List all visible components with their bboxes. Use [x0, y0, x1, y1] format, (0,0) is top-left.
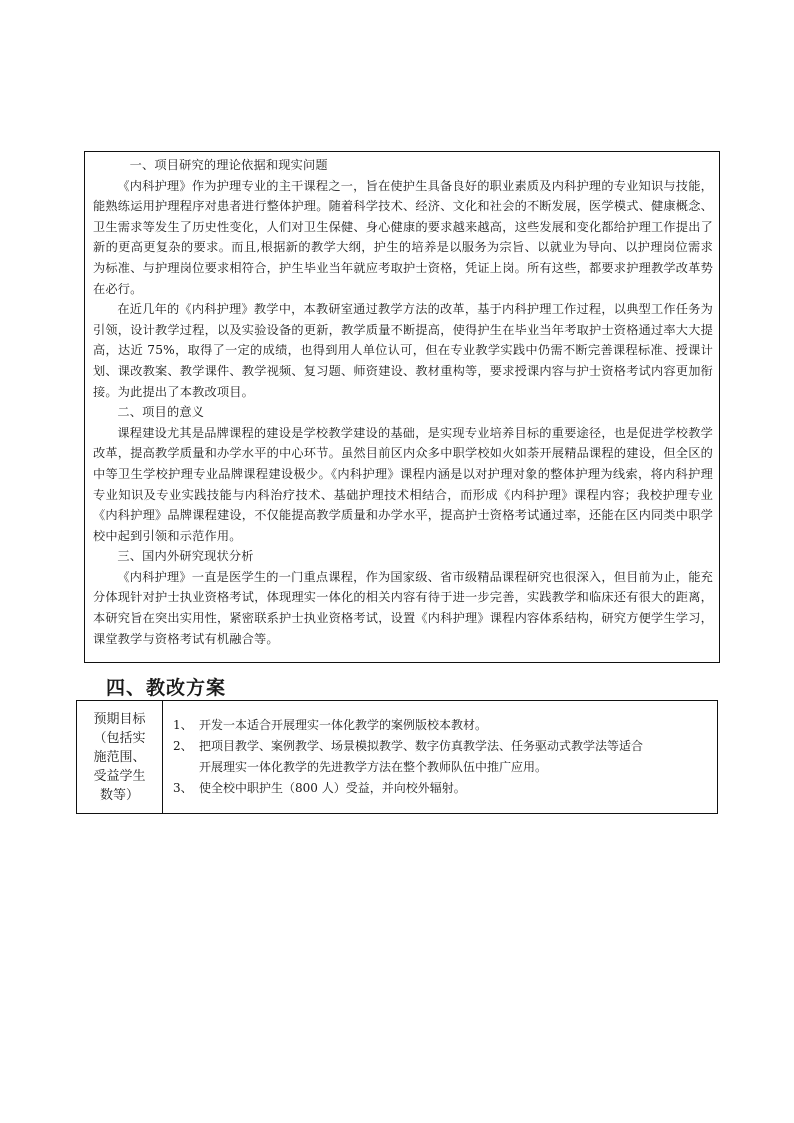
paragraph-research-status: 《内科护理》一直是医学生的一门重点课程，作为国家级、省市级精品课程研究也很深入，… [93, 567, 713, 649]
goal-number: 3、 [173, 778, 199, 799]
goal-item: 3、使全校中职护生（800 人）受益，并向校外辐射。 [173, 778, 709, 799]
paragraph-significance: 课程建设尤其是品牌课程的建设是学校教学建设的基础，是实现专业培养目标的重要途径，… [93, 423, 713, 547]
goal-text: 使全校中职护生（800 人）受益，并向校外辐射。 [199, 781, 466, 795]
label-line: 数等） [77, 786, 162, 805]
paragraph-background: 《内科护理》作为护理专业的主干课程之一，旨在使护生具备良好的职业素质及内科护理的… [93, 176, 713, 300]
label-line: 预期目标 [77, 710, 162, 729]
section-title-reform-plan: 四、教改方案 [106, 673, 226, 700]
heading-significance: 二、项目的意义 [93, 402, 713, 423]
expected-goals-label: 预期目标 （包括实 施范围、 受益学生 数等） [77, 701, 163, 814]
goal-item-continuation: 开展理实一体化教学的先进教学方法在整个教师队伍中推广应用。 [173, 757, 709, 778]
goal-item: 2、把项目教学、案例教学、场景模拟教学、数字仿真教学法、任务驱动式教学法等适合 [173, 736, 709, 757]
reform-plan-table: 预期目标 （包括实 施范围、 受益学生 数等） 1、开发一本适合开展理实一体化教… [76, 700, 718, 814]
goal-number: 2、 [173, 736, 199, 757]
goal-text: 把项目教学、案例教学、场景模拟教学、数字仿真教学法、任务驱动式教学法等适合 [199, 739, 643, 753]
expected-goals-content: 1、开发一本适合开展理实一体化教学的案例版校本教材。 2、把项目教学、案例教学、… [163, 701, 718, 814]
heading-theoretical-basis: 一、项目研究的理论依据和现实问题 [93, 155, 713, 176]
research-basis-box: 一、项目研究的理论依据和现实问题 《内科护理》作为护理专业的主干课程之一，旨在使… [84, 151, 720, 663]
goal-text: 开发一本适合开展理实一体化教学的案例版校本教材。 [199, 718, 487, 732]
label-line: （包括实 [77, 729, 162, 748]
label-line: 施范围、 [77, 748, 162, 767]
goal-number: 1、 [173, 715, 199, 736]
label-line: 受益学生 [77, 767, 162, 786]
paragraph-teaching-reform: 在近几年的《内科护理》教学中，本教研室通过教学方法的改革，基于内科护理工作过程，… [93, 299, 713, 402]
goal-item: 1、开发一本适合开展理实一体化教学的案例版校本教材。 [173, 715, 709, 736]
heading-research-status: 三、国内外研究现状分析 [93, 546, 713, 567]
